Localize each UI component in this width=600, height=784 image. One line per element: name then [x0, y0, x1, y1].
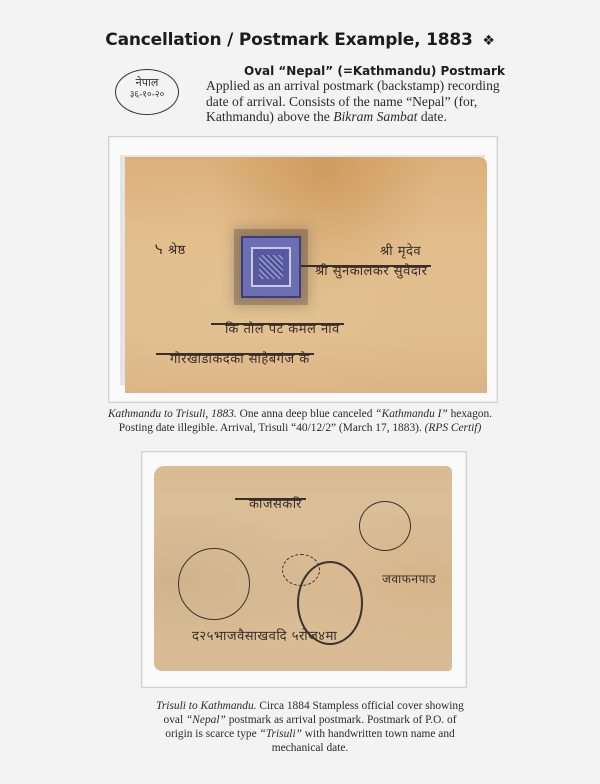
stamp-center — [259, 255, 283, 279]
handwriting-line: कि तौल पट कमल नाव — [225, 319, 340, 337]
handwriting-line: काजसकरि — [249, 494, 302, 512]
trisuli-postmark — [178, 548, 250, 620]
one-anna-stamp — [241, 236, 301, 298]
caption-italic: “Trisuli” — [260, 728, 302, 740]
handwriting-line: श्री सुनकालकर सुवेदार — [315, 261, 427, 279]
cover-1-frame: ᓭ श्रेष्ठ श्री मृदेव श्री सुनकालकर सुवेद… — [108, 136, 498, 403]
ornament-icon: ❖ — [482, 33, 494, 49]
intro-body-text-end: date. — [417, 109, 446, 124]
caption-text: One anna deep blue canceled — [237, 408, 376, 420]
intro-body-italic: Bikram Sambat — [333, 109, 417, 124]
caption-italic: “Kathmandu I” — [375, 408, 447, 420]
caption-italic: (RPS Certif) — [425, 422, 482, 434]
cover-1-caption: Kathmandu to Trisuli, 1883. One anna dee… — [100, 407, 500, 435]
handwriting-line: गोरखाडाकदका साहेबगंज कै — [170, 349, 310, 367]
intro-body: Applied as an arrival postmark (backstam… — [206, 78, 501, 125]
page-title: Cancellation / Postmark Example, 1883 ❖ — [0, 30, 600, 50]
nepal-oval-postmark-illustration: नेपाल ३६-१०-२० — [115, 69, 179, 115]
caption-italic: Kathmandu to Trisuli, 1883. — [108, 408, 237, 420]
cover-2-frame: काजसकरि जवाफनपाउ द२५भाजवैसाखवदि ५रोज४मा — [141, 451, 467, 688]
postmark-name: नेपाल — [116, 76, 178, 89]
postmark-date: ३६-१०-२० — [116, 89, 178, 101]
cover-2-envelope-image: काजसकरि जवाफनपाउ द२५भाजवैसाखवदि ५रोज४मा — [154, 466, 452, 671]
official-seal — [282, 554, 320, 586]
handwriting-line: श्री मृदेव — [380, 241, 421, 259]
cover-2-caption: Trisuli to Kathmandu. Circa 1884 Stample… — [150, 699, 470, 755]
intro-section: नेपाल ३६-१०-२० Oval “Nepal” (=Kathmandu)… — [108, 62, 498, 132]
cover-1-envelope-image: ᓭ श्रेष्ठ श्री मृदेव श्री सुनकालकर सुवेद… — [125, 157, 487, 393]
handwriting-line: जवाफनपाउ — [382, 570, 436, 587]
stamp-frame — [251, 247, 291, 287]
caption-italic: Trisuli to Kathmandu. — [156, 700, 256, 712]
title-text: Cancellation / Postmark Example, 1883 — [105, 30, 472, 50]
caption-italic: “Nepal” — [186, 714, 226, 726]
intro-heading: Oval “Nepal” (=Kathmandu) Postmark — [208, 64, 534, 78]
nepal-postmark — [359, 501, 411, 551]
handwriting-line: ᓭ श्रेष्ठ — [155, 240, 186, 258]
